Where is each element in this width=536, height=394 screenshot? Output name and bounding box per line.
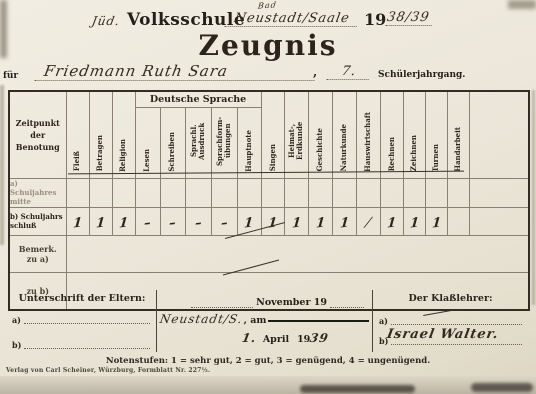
column-header-cell: Naturkunde xyxy=(332,91,356,178)
grade-cell: – xyxy=(135,207,160,235)
grade-cell xyxy=(403,178,425,207)
year-prefix-printed: 19 xyxy=(364,10,386,29)
grade-cell xyxy=(332,178,356,207)
row-label-endyear: b) Schuljahrs schluß xyxy=(9,207,66,235)
dotted-line xyxy=(191,298,253,308)
row-midyear: a) Schuljahres mitte xyxy=(9,178,529,207)
grade-cell xyxy=(112,178,135,207)
row-label-midyear: a) Schuljahres mitte xyxy=(9,178,66,207)
column-header-cell: Rechnen xyxy=(380,91,403,178)
school-prefix-handwritten: Jüd. xyxy=(91,14,122,28)
day-handwritten: 1. xyxy=(241,331,258,345)
grade-cell: 1 xyxy=(332,207,356,235)
column-header: Hauptnote xyxy=(245,128,253,174)
dotted-line xyxy=(330,298,364,308)
grade-cell: 1 xyxy=(380,207,403,235)
row-endyear: b) Schuljahrs schluß 1 1 1 – – – – 1 1 1… xyxy=(9,207,529,235)
grade-cell: 1 xyxy=(308,207,332,235)
grade-cell xyxy=(425,178,447,207)
column-header-cell: Heimat-, Erdkunde xyxy=(284,91,308,178)
grade-cell xyxy=(135,178,160,207)
publisher-imprint: Verlag von Carl Scheiner, Würzburg, Form… xyxy=(6,367,210,374)
grade-cell: – xyxy=(211,207,237,235)
grading-scale-note: Notenstufen: 1 = sehr gut, 2 = gut, 3 = … xyxy=(0,356,536,366)
column-header: Rechnen xyxy=(388,135,396,173)
place-date-block: November 19 Neustadt/S. , am 1. April 19… xyxy=(157,290,373,352)
signature-dotted-line xyxy=(24,313,150,324)
grades-table: Zeitpunkt der Benotung Fleiß Betragen Re… xyxy=(8,90,530,311)
parents-signature-line-a: a) xyxy=(12,313,152,325)
teacher-signature-handwritten: Israel Walter. xyxy=(386,327,500,342)
scan-smudge xyxy=(532,90,535,305)
grade-cell xyxy=(447,207,469,235)
column-header-cell: Handarbeit xyxy=(447,91,469,178)
scan-smudge xyxy=(0,85,4,245)
parents-signature-line-b: b) xyxy=(12,338,152,350)
parents-signature-title: Unterschrift der Eltern: xyxy=(8,293,156,304)
grade-cell: 1 xyxy=(284,207,308,235)
column-header-cell: Hauswirtschaft xyxy=(356,91,380,178)
column-header: Schreiben xyxy=(168,130,176,174)
place-handwritten: Neustadt/S. xyxy=(159,312,244,326)
corner-header: Zeitpunkt der Benotung xyxy=(9,91,66,178)
column-header: Fleiß xyxy=(73,149,81,173)
grade-cell xyxy=(356,178,380,207)
remarks-field-a xyxy=(66,235,529,272)
november-date-option: November 19 xyxy=(191,297,364,308)
column-header-cell: Singen xyxy=(261,91,284,178)
column-header-cell: Geschichte xyxy=(308,91,332,178)
student-line: für Friedmann Ruth Sara , 7. Schülerjahr… xyxy=(0,62,536,84)
column-header-cell: Fleiß xyxy=(66,91,89,178)
remarks-row-a: Bemerk. zu a) xyxy=(9,235,529,272)
strikethrough-rule xyxy=(268,320,369,322)
for-label: für xyxy=(3,71,18,81)
column-header: Betragen xyxy=(96,133,104,173)
grade-cell: 1 xyxy=(261,207,284,235)
column-header-cell: Zeichnen xyxy=(403,91,425,178)
grade-cell xyxy=(469,178,529,207)
grade-cell xyxy=(237,178,261,207)
column-header-cell: Sprachform-übungen xyxy=(211,107,237,178)
parents-signature-block: Unterschrift der Eltern: a) b) xyxy=(8,290,157,352)
signature-dotted-line xyxy=(391,314,522,325)
column-header-cell: Hauptnote xyxy=(237,107,261,178)
grade-cell xyxy=(469,207,529,235)
column-header: Zeichnen xyxy=(410,133,418,173)
column-header-cell: Betragen xyxy=(89,91,112,178)
grade-year-label: Schülerjahrgang. xyxy=(378,70,465,80)
place-am-line: Neustadt/S. , am xyxy=(160,312,369,326)
grade-cell: – xyxy=(185,207,211,235)
column-header: Religion xyxy=(119,137,127,174)
place-handwritten: Neustadt/Saale xyxy=(225,11,360,27)
teacher-line-a: a) xyxy=(379,314,524,326)
am-label: , am xyxy=(244,315,267,326)
column-header-cell: Turnen xyxy=(425,91,447,178)
year-handwritten: 39 xyxy=(309,331,330,345)
school-year-handwritten: 38/39 xyxy=(386,10,435,26)
grade-cell: 1 xyxy=(89,207,112,235)
teacher-signature-block: Der Klaßlehrer: a) b) Israel Walter. xyxy=(373,290,528,352)
column-header-cell: Lesen xyxy=(135,107,160,178)
grade-cell: – xyxy=(160,207,185,235)
grade-cell xyxy=(185,178,211,207)
column-header: Geschichte xyxy=(316,126,324,173)
column-header: Singen xyxy=(269,142,277,173)
grade-cell xyxy=(284,178,308,207)
remarks-title: Bemerk. xyxy=(10,244,66,254)
blank-column-header xyxy=(469,91,529,178)
april-date-line: 1. April 19 39 xyxy=(179,331,366,345)
grade-cell: 1 xyxy=(425,207,447,235)
grade-cell xyxy=(380,178,403,207)
column-header: Handarbeit xyxy=(454,125,462,174)
remarks-label-a: Bemerk. zu a) xyxy=(9,235,66,272)
grade-cell: 1 xyxy=(112,207,135,235)
april-label: April xyxy=(263,334,289,345)
grade-cell xyxy=(89,178,112,207)
column-header-cell: Sprachl. Ausdruck xyxy=(185,107,211,178)
column-header: Naturkunde xyxy=(340,122,348,173)
grade-cell xyxy=(211,178,237,207)
column-header-cell: Religion xyxy=(112,91,135,178)
grade-cell xyxy=(160,178,185,207)
comma-separator: , xyxy=(313,65,317,79)
grade-cell xyxy=(447,178,469,207)
column-header-cell: Schreiben xyxy=(160,107,185,178)
line-b-label: b) xyxy=(12,340,21,350)
grade-cell xyxy=(308,178,332,207)
grade-cell xyxy=(261,178,284,207)
grade-cell: 1 xyxy=(403,207,425,235)
report-card-scan: Jüd. Volksschule Bad Neustadt/Saale 19 3… xyxy=(0,0,536,394)
teacher-a-label: a) xyxy=(379,316,388,326)
column-header: Sprachl. Ausdruck xyxy=(190,108,206,174)
student-name-handwritten: Friedmann Ruth Sara xyxy=(34,62,317,81)
column-header: Heimat-, Erdkunde xyxy=(288,108,304,174)
column-header: Turnen xyxy=(432,142,440,174)
grade-number-handwritten: 7. xyxy=(327,64,372,80)
signature-dotted-line xyxy=(24,338,150,349)
column-header: Sprachform-übungen xyxy=(216,108,232,174)
document-title: Zeugnis xyxy=(0,29,536,62)
signature-section: Unterschrift der Eltern: a) b) November … xyxy=(8,290,528,352)
remarks-a-label: zu a) xyxy=(10,254,66,264)
grade-cell xyxy=(66,178,89,207)
november-label: November 19 xyxy=(256,297,327,308)
column-header: Hauswirtschaft xyxy=(364,110,372,174)
teacher-line-b: b) Israel Walter. xyxy=(379,334,524,346)
group-header-deutsche-sprache: Deutsche Sprache xyxy=(135,91,261,107)
column-header: Lesen xyxy=(143,147,151,174)
grade-cell: ⁄ xyxy=(356,207,380,235)
torn-bottom-edge xyxy=(0,376,536,394)
grades-table-wrap: Zeitpunkt der Benotung Fleiß Betragen Re… xyxy=(8,90,528,290)
teacher-title: Der Klaßlehrer: xyxy=(373,293,528,304)
grade-cell: 1 xyxy=(66,207,89,235)
place-insert-handwritten: Bad xyxy=(257,0,277,10)
line-a-label: a) xyxy=(12,315,21,325)
